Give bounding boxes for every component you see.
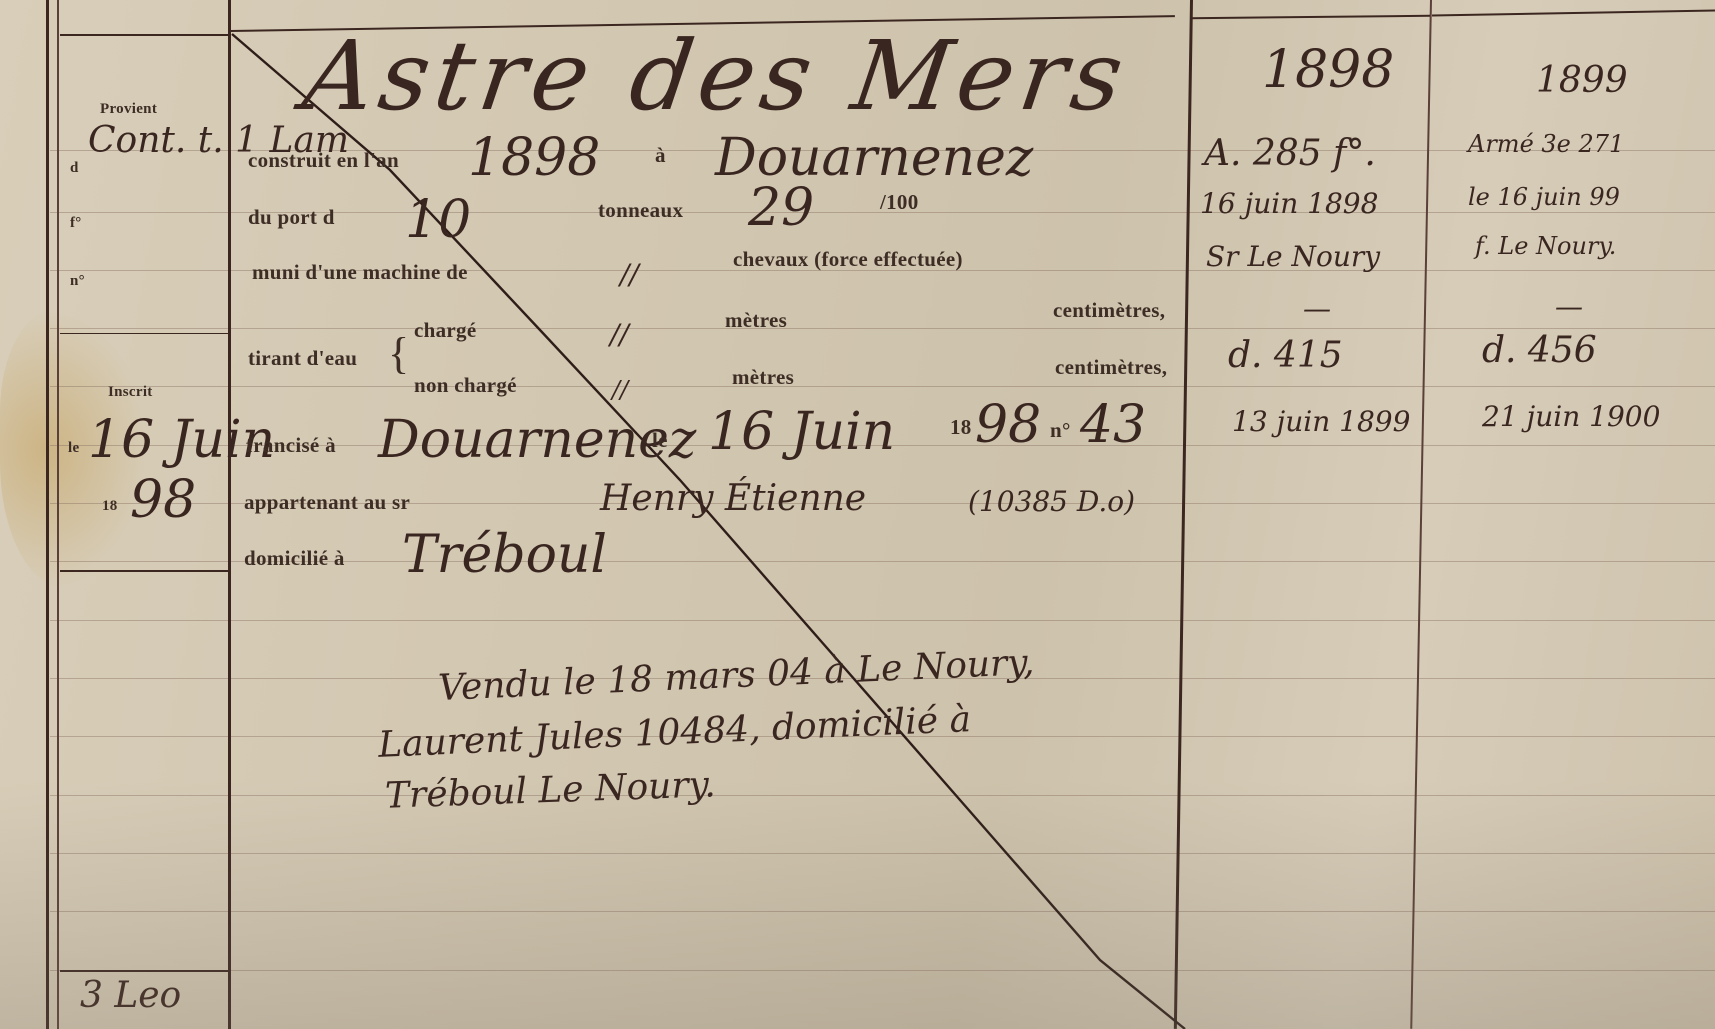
- construit-label: construit en l'an: [248, 148, 399, 173]
- non-charge-value: //: [612, 376, 628, 404]
- col1898-line-5: 13 juin 1899: [1232, 405, 1410, 438]
- port-label: du port d: [248, 205, 335, 230]
- col1899-dash: —: [1555, 290, 1583, 323]
- inscrit-le-label: le: [68, 440, 79, 457]
- tonneaux-value: 29: [748, 178, 814, 238]
- col1899-year: 1899: [1536, 60, 1628, 101]
- metres-label-2: mètres: [732, 365, 794, 390]
- francise-le-label: le: [652, 428, 668, 453]
- francise-place: Douarnenez: [378, 410, 696, 470]
- col1898-dash: —: [1303, 292, 1331, 325]
- tonneaux-denominator: /100: [880, 190, 919, 215]
- provient-f-label: f°: [70, 215, 82, 232]
- col1899-line-5: 21 juin 1900: [1482, 400, 1660, 433]
- construit-year: 1898: [468, 128, 600, 188]
- provient-d-label: d: [70, 160, 79, 177]
- provient-label: Provient: [100, 101, 157, 118]
- ship-name: Astre des Mers: [297, 20, 1135, 132]
- col1898-year: 1898: [1262, 40, 1394, 100]
- owner-name: Henry Étienne: [600, 478, 866, 519]
- domicilie-label: domicilié à: [244, 546, 345, 571]
- charge-value: //: [610, 318, 629, 351]
- bottom-shadow: [0, 780, 1715, 1029]
- col1899-line-1: Armé 3e 271: [1468, 130, 1624, 158]
- chevaux-label: chevaux (force effectuée): [733, 247, 963, 272]
- owner-number: (10385 D.o): [968, 485, 1135, 518]
- tonneaux-label: tonneaux: [598, 198, 683, 223]
- col1899-line-2: le 16 juin 99: [1468, 183, 1620, 211]
- inscrit-year-prefix: 18: [102, 498, 118, 515]
- construit-a-label: à: [655, 143, 666, 168]
- numero-label: n°: [1050, 418, 1071, 443]
- tirant-label: tirant d'eau: [248, 346, 357, 371]
- col1899-line-3: f. Le Noury.: [1475, 232, 1616, 260]
- centimetres-label-1: centimètres,: [1053, 298, 1165, 323]
- port-value: 10: [405, 190, 471, 250]
- register-page: Provient d f° n° Cont. t. 1 Lam Inscrit …: [0, 0, 1715, 1029]
- francise-label: francisé à: [246, 433, 336, 458]
- francise-year-prefix: 18: [950, 415, 972, 440]
- col1899-line-4: d. 456: [1482, 330, 1597, 371]
- francise-date: 16 Juin: [708, 402, 895, 462]
- non-charge-label: non chargé: [414, 373, 517, 398]
- numero-value: 43: [1080, 395, 1146, 455]
- col1898-line-3: Sr Le Noury: [1206, 240, 1380, 273]
- col1898-line-4: d. 415: [1228, 335, 1343, 376]
- tirant-brace: {: [388, 328, 409, 379]
- francise-year: 98: [975, 395, 1041, 455]
- col1898-line-2: 16 juin 1898: [1200, 187, 1378, 220]
- centimetres-label-2: centimètres,: [1055, 355, 1167, 380]
- inscrit-year: 98: [130, 470, 196, 530]
- inscrit-label: Inscrit: [108, 384, 153, 401]
- appartenant-label: appartenant au sr: [244, 490, 410, 515]
- col1898-line-1: A. 285 f°.: [1204, 133, 1376, 174]
- charge-label: chargé: [414, 318, 476, 343]
- machine-label: muni d'une machine de: [252, 260, 468, 285]
- provient-n-label: n°: [70, 273, 85, 290]
- metres-label-1: mètres: [725, 308, 787, 333]
- domicile-value: Tréboul: [402, 525, 607, 585]
- machine-value: //: [620, 258, 639, 291]
